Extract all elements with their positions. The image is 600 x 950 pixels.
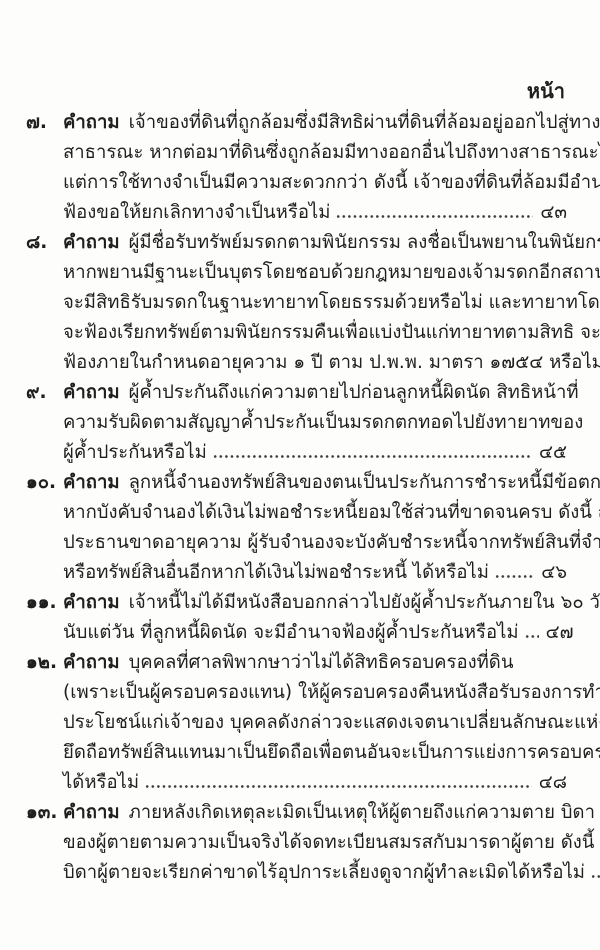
entry-line-text: จะฟ้องเรียกทรัพย์ตามพินัยกรรมคืนเพื่อแบ่… — [63, 322, 600, 343]
entry-line-text: บิดาผู้ตายจะเรียกค่าขาดไร้อุปการะเลี้ยงด… — [63, 858, 585, 888]
entry-line-text: ประธานขาดอายุความ ผู้รับจำนองจะบังคับชำร… — [63, 532, 600, 553]
entry-line: คำถามเจ้าหนี้ไม่ได้มีหนังสือบอกกล่าวไปยั… — [63, 588, 567, 618]
entry-line: ฟ้องขอให้ยกเลิกทางจำเป็นหรือไม่๔๓ — [63, 198, 567, 228]
toc-entry: ๘. คำถามผู้มีชื่อรับทรัพย์มรดกตามพินัยกร… — [26, 228, 567, 378]
entry-line: คำถามผู้ค้ำประกันถึงแก่ความตายไปก่อนลูกห… — [63, 378, 567, 408]
entry-content: คำถามภายหลังเกิดเหตุละเมิดเป็นเหตุให้ผู้… — [63, 798, 567, 888]
toc-entry: ๙. คำถามผู้ค้ำประกันถึงแก่ความตายไปก่อนล… — [26, 378, 567, 468]
page-column-header: หน้า — [26, 76, 567, 106]
entry-content: คำถามลูกหนี้จำนองทรัพย์สินของตนเป็นประกั… — [63, 468, 567, 588]
toc-list: ๗. คำถามเจ้าของที่ดินที่ถูกล้อมซึ่งมีสิท… — [26, 108, 567, 888]
entry-line: สาธารณะ หากต่อมาที่ดินซึ่งถูกล้อมมีทางออ… — [63, 138, 567, 168]
entry-line-text: แต่การใช้ทางจำเป็นมีความสะดวกกว่า ดังนี้… — [63, 172, 600, 193]
entry-line: ของผู้ตายตามความเป็นจริงได้จดทะเบียนสมรส… — [63, 828, 567, 858]
entry-number: ๑๐. — [26, 468, 63, 498]
entry-line: บิดาผู้ตายจะเรียกค่าขาดไร้อุปการะเลี้ยงด… — [63, 858, 567, 888]
toc-entry: ๑๓. คำถามภายหลังเกิดเหตุละเมิดเป็นเหตุให… — [26, 798, 567, 888]
entry-line: ประธานขาดอายุความ ผู้รับจำนองจะบังคับชำร… — [63, 528, 567, 558]
toc-entry: ๑๒. คำถามบุคคลที่ศาลพิพากษาว่าไม่ได้สิทธ… — [26, 648, 567, 798]
entry-line: ประโยชน์แก่เจ้าของ บุคคลดังกล่าวจะแสดงเจ… — [63, 708, 567, 738]
dotted-leader — [145, 782, 532, 791]
entry-content: คำถามผู้ค้ำประกันถึงแก่ความตายไปก่อนลูกห… — [63, 378, 567, 468]
entry-line-text: หรือทรัพย์สินอื่นอีกหากได้เงินไม่พอชำระห… — [63, 558, 489, 588]
entry-line: คำถามเจ้าของที่ดินที่ถูกล้อมซึ่งมีสิทธิผ… — [63, 108, 567, 138]
entry-line-text: หากบังคับจำนองได้เงินไม่พอชำระหนี้ยอมใช้… — [63, 502, 600, 523]
entry-page-number: ๔๓ — [540, 198, 567, 228]
entry-line: นับแต่วัน ที่ลูกหนี้ผิดนัด จะมีอำนาจฟ้อง… — [63, 618, 567, 648]
entry-line: จะมีสิทธิรับมรดกในฐานะทายาทโดยธรรมด้วยหร… — [63, 288, 567, 318]
dotted-leader — [213, 452, 532, 461]
entry-line-text: ฟ้องขอให้ยกเลิกทางจำเป็นหรือไม่ — [63, 198, 330, 228]
question-label: คำถาม — [63, 232, 120, 253]
entry-content: คำถามเจ้าหนี้ไม่ได้มีหนังสือบอกกล่าวไปยั… — [63, 588, 567, 648]
entry-line-text: คำถามเจ้าของที่ดินที่ถูกล้อมซึ่งมีสิทธิผ… — [63, 112, 600, 133]
question-label: คำถาม — [63, 802, 120, 823]
entry-line-text: คำถามภายหลังเกิดเหตุละเมิดเป็นเหตุให้ผู้… — [63, 802, 595, 823]
entry-content: คำถามบุคคลที่ศาลพิพากษาว่าไม่ได้สิทธิครอ… — [63, 648, 567, 798]
entry-line-text: คำถามผู้ค้ำประกันถึงแก่ความตายไปก่อนลูกห… — [63, 382, 579, 403]
entry-line-text: ฟ้องภายในกำหนดอายุความ ๑ ปี ตาม ป.พ.พ. ม… — [63, 348, 600, 378]
question-label: คำถาม — [63, 472, 120, 493]
entry-number: ๗. — [26, 108, 63, 138]
question-label: คำถาม — [63, 592, 120, 613]
entry-line-text: คำถามผู้มีชื่อรับทรัพย์มรดกตามพินัยกรรม … — [63, 232, 600, 253]
entry-page-number: ๔๗ — [546, 618, 574, 648]
question-label: คำถาม — [63, 382, 120, 403]
entry-number: ๑๒. — [26, 648, 63, 678]
entry-content: คำถามเจ้าของที่ดินที่ถูกล้อมซึ่งมีสิทธิผ… — [63, 108, 567, 228]
toc-entry: ๑๑. คำถามเจ้าหนี้ไม่ได้มีหนังสือบอกกล่าว… — [26, 588, 567, 648]
entry-line: ได้หรือไม่๔๘ — [63, 768, 567, 798]
toc-entry: ๑๐. คำถามลูกหนี้จำนองทรัพย์สินของตนเป็นป… — [26, 468, 567, 588]
entry-line-text: คำถามลูกหนี้จำนองทรัพย์สินของตนเป็นประกั… — [63, 472, 600, 493]
entry-line-text: สาธารณะ หากต่อมาที่ดินซึ่งถูกล้อมมีทางออ… — [63, 142, 600, 163]
entry-line: คำถามภายหลังเกิดเหตุละเมิดเป็นเหตุให้ผู้… — [63, 798, 567, 828]
entry-line: ยึดถือทรัพย์สินแทนมาเป็นยึดถือเพื่อตนอัน… — [63, 738, 567, 768]
question-label: คำถาม — [63, 652, 120, 673]
dotted-leader — [525, 632, 539, 641]
entry-line: คำถามลูกหนี้จำนองทรัพย์สินของตนเป็นประกั… — [63, 468, 567, 498]
entry-line: ความรับผิดตามสัญญาค้ำประกันเป็นมรดกตกทอด… — [63, 408, 567, 438]
question-label: คำถาม — [63, 112, 120, 133]
document-page: หน้า ๗. คำถามเจ้าของที่ดินที่ถูกล้อมซึ่ง… — [0, 0, 600, 950]
entry-line: หากพยานมีฐานะเป็นบุตรโดยชอบด้วยกฎหมายของ… — [63, 258, 567, 288]
entry-line: คำถามบุคคลที่ศาลพิพากษาว่าไม่ได้สิทธิครอ… — [63, 648, 567, 678]
entry-line-text: ยึดถือทรัพย์สินแทนมาเป็นยึดถือเพื่อตนอัน… — [63, 742, 600, 763]
entry-line-text: (เพราะเป็นผู้ครอบครองแทน) ให้ผู้ครอบครอง… — [63, 682, 600, 703]
entry-line: ฟ้องภายในกำหนดอายุความ ๑ ปี ตาม ป.พ.พ. ม… — [63, 348, 567, 378]
entry-line: จะฟ้องเรียกทรัพย์ตามพินัยกรรมคืนเพื่อแบ่… — [63, 318, 567, 348]
entry-line-text: ประโยชน์แก่เจ้าของ บุคคลดังกล่าวจะแสดงเจ… — [63, 712, 600, 733]
entry-number: ๘. — [26, 228, 63, 258]
entry-line: คำถามผู้มีชื่อรับทรัพย์มรดกตามพินัยกรรม … — [63, 228, 567, 258]
entry-line-text: ความรับผิดตามสัญญาค้ำประกันเป็นมรดกตกทอด… — [63, 412, 583, 433]
toc-entry: ๗. คำถามเจ้าของที่ดินที่ถูกล้อมซึ่งมีสิท… — [26, 108, 567, 228]
entry-number: ๑๓. — [26, 798, 63, 828]
entry-line: หากบังคับจำนองได้เงินไม่พอชำระหนี้ยอมใช้… — [63, 498, 567, 528]
entry-line-text: คำถามบุคคลที่ศาลพิพากษาว่าไม่ได้สิทธิครอ… — [63, 652, 513, 673]
entry-line-text: ผู้ค้ำประกันหรือไม่ — [63, 438, 207, 468]
entry-page-number: ๔๖ — [541, 558, 567, 588]
entry-line-text: จะมีสิทธิรับมรดกในฐานะทายาทโดยธรรมด้วยหร… — [63, 292, 600, 313]
entry-page-number: ๔๘ — [539, 768, 567, 798]
entry-line-text: ได้หรือไม่ — [63, 768, 139, 798]
entry-number: ๑๑. — [26, 588, 63, 618]
entry-content: คำถามผู้มีชื่อรับทรัพย์มรดกตามพินัยกรรม … — [63, 228, 567, 378]
dotted-leader — [495, 572, 534, 581]
entry-line-text: นับแต่วัน ที่ลูกหนี้ผิดนัด จะมีอำนาจฟ้อง… — [63, 618, 519, 648]
entry-page-number: ๔๕ — [539, 438, 567, 468]
entry-line-text: ของผู้ตายตามความเป็นจริงได้จดทะเบียนสมรส… — [63, 832, 594, 853]
entry-line-text: หากพยานมีฐานะเป็นบุตรโดยชอบด้วยกฎหมายของ… — [63, 262, 600, 283]
entry-line: ผู้ค้ำประกันหรือไม่๔๕ — [63, 438, 567, 468]
dotted-leader — [591, 872, 600, 881]
entry-line: (เพราะเป็นผู้ครอบครองแทน) ให้ผู้ครอบครอง… — [63, 678, 567, 708]
entry-line-text: คำถามเจ้าหนี้ไม่ได้มีหนังสือบอกกล่าวไปยั… — [63, 592, 600, 613]
entry-line: หรือทรัพย์สินอื่นอีกหากได้เงินไม่พอชำระห… — [63, 558, 567, 588]
entry-line: แต่การใช้ทางจำเป็นมีความสะดวกกว่า ดังนี้… — [63, 168, 567, 198]
dotted-leader — [336, 212, 533, 221]
entry-number: ๙. — [26, 378, 63, 408]
